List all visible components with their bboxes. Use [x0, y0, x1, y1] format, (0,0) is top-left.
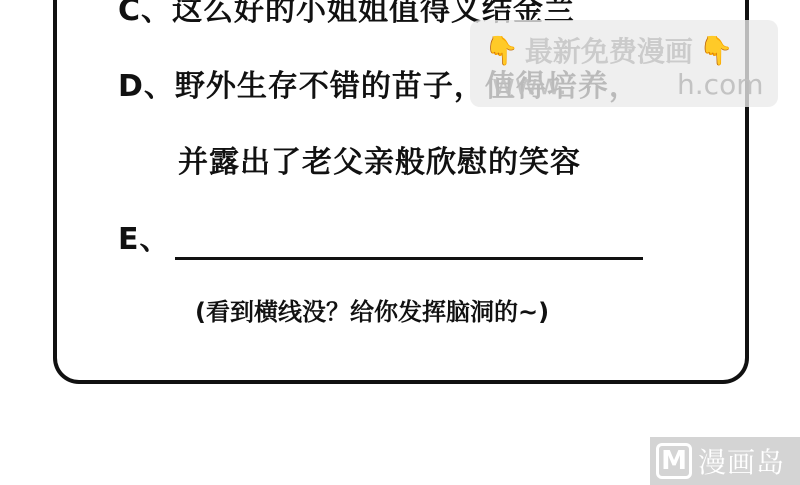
watermark-banner: 👇 最新免费漫画 👇 www.h.com	[470, 20, 778, 107]
option-d-continuation: 并露出了老父亲般欣慰的笑容	[178, 148, 581, 178]
option-e-label: E、	[118, 225, 171, 255]
pointing-down-hand-icon: 👇	[699, 34, 734, 67]
watermark-url-suffix: h.com	[677, 68, 763, 101]
option-e-blank-line	[175, 257, 643, 260]
watermark-url-prefix: www.	[492, 68, 567, 101]
watermark-url: www.h.com	[492, 68, 763, 101]
brand-logo-icon: M	[656, 443, 692, 479]
comic-panel-canvas: C、这么好的小姐姐值得义结金兰 D、野外生存不错的苗子，值得培养， 并露出了老父…	[0, 0, 800, 485]
hint-text: (看到横线没？给你发挥脑洞的~)	[195, 300, 549, 324]
brand-name: 漫画岛	[698, 441, 785, 481]
brand-watermark: M 漫画岛	[650, 437, 800, 485]
pointing-down-hand-icon: 👇	[484, 34, 519, 67]
watermark-text: 最新免费漫画	[525, 30, 693, 70]
watermark-title-row: 👇 最新免费漫画 👇	[484, 30, 734, 70]
